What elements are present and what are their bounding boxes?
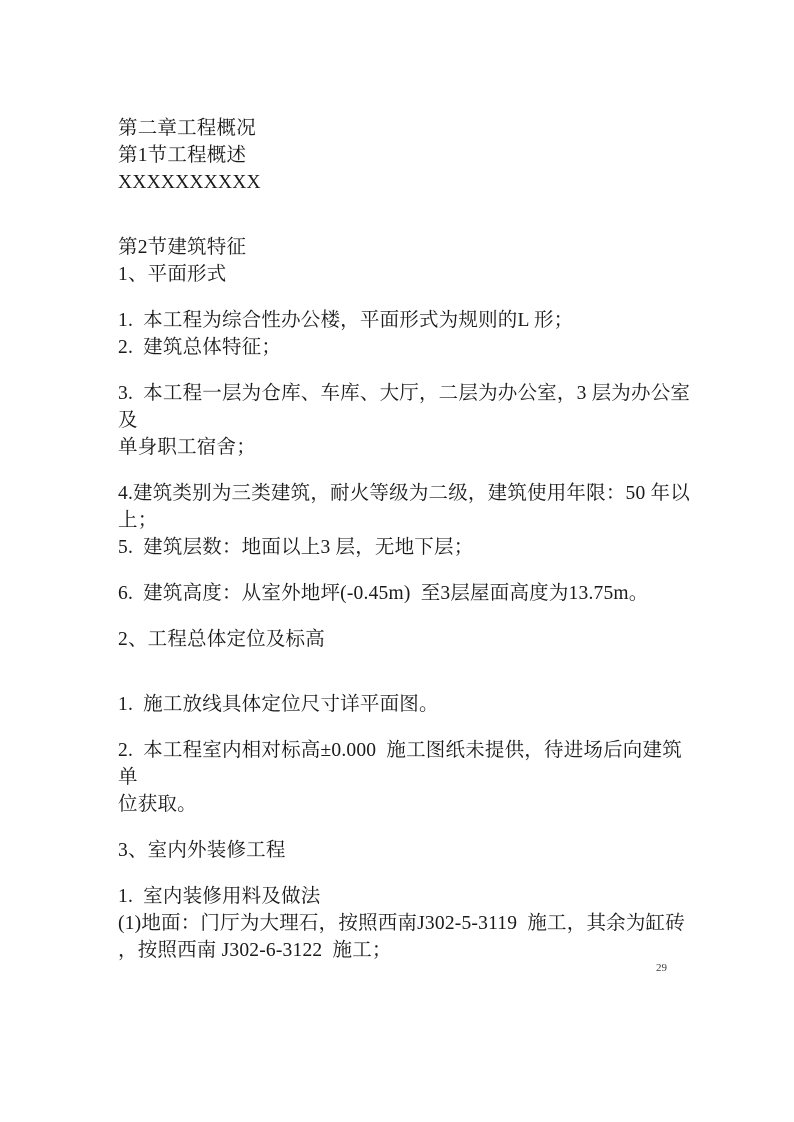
text-line: (1)地面：门厅为大理石，按照西南J302-5-3119 施工，其余为缸砖 [118,910,680,937]
blank-line [118,653,680,672]
text-line: 1. 室内装修用料及做法 [118,883,680,910]
text-line: 位获取。 [118,791,680,818]
blank-line [118,361,680,380]
text-line: 上； [118,507,680,534]
text-line: 5. 建筑层数：地面以上3 层，无地下层； [118,534,680,561]
blank-line [118,561,680,580]
text-line: ，按照西南 J302-6-3122 施工； [118,937,680,964]
text-line: 2. 本工程室内相对标高±0.000 施工图纸未提供，待进场后向建筑 [118,737,680,764]
text-line: 1、平面形式 [118,261,680,288]
text-line: 6. 建筑高度：从室外地坪(-0.45m) 至3层屋面高度为13.75m。 [118,580,680,607]
text-line: 第1节工程概述 [118,142,680,169]
blank-line [118,196,680,215]
text-line: 第二章工程概况 [118,115,680,142]
blank-line [118,607,680,626]
blank-line [118,718,680,737]
text-line: 单 [118,764,680,791]
blank-line [118,461,680,480]
blank-line [118,288,680,307]
blank-line [118,672,680,691]
text-line: 3、室内外装修工程 [118,837,680,864]
text-line: 单身职工宿舍； [118,434,680,461]
text-line: 3. 本工程一层为仓库、车库、大厅，二层为办公室，3 层为办公室 [118,380,680,407]
text-line: XXXXXXXXXX [118,169,680,196]
text-line: 2、工程总体定位及标高 [118,626,680,653]
text-line: 4.建筑类别为三类建筑，耐火等级为二级，建筑使用年限：50 年以 [118,480,680,507]
blank-line [118,215,680,234]
blank-line [118,818,680,837]
text-line: 2. 建筑总体特征； [118,334,680,361]
document-page: 第二章工程概况第1节工程概述XXXXXXXXXX第2节建筑特征1、平面形式1. … [0,0,794,1122]
text-line: 第2节建筑特征 [118,234,680,261]
text-line: 及 [118,407,680,434]
document-content: 第二章工程概况第1节工程概述XXXXXXXXXX第2节建筑特征1、平面形式1. … [118,115,680,964]
text-line: 1. 本工程为综合性办公楼，平面形式为规则的L 形； [118,307,680,334]
blank-line [118,864,680,883]
page-number: 29 [656,961,667,975]
text-line: 1. 施工放线具体定位尺寸详平面图。 [118,691,680,718]
